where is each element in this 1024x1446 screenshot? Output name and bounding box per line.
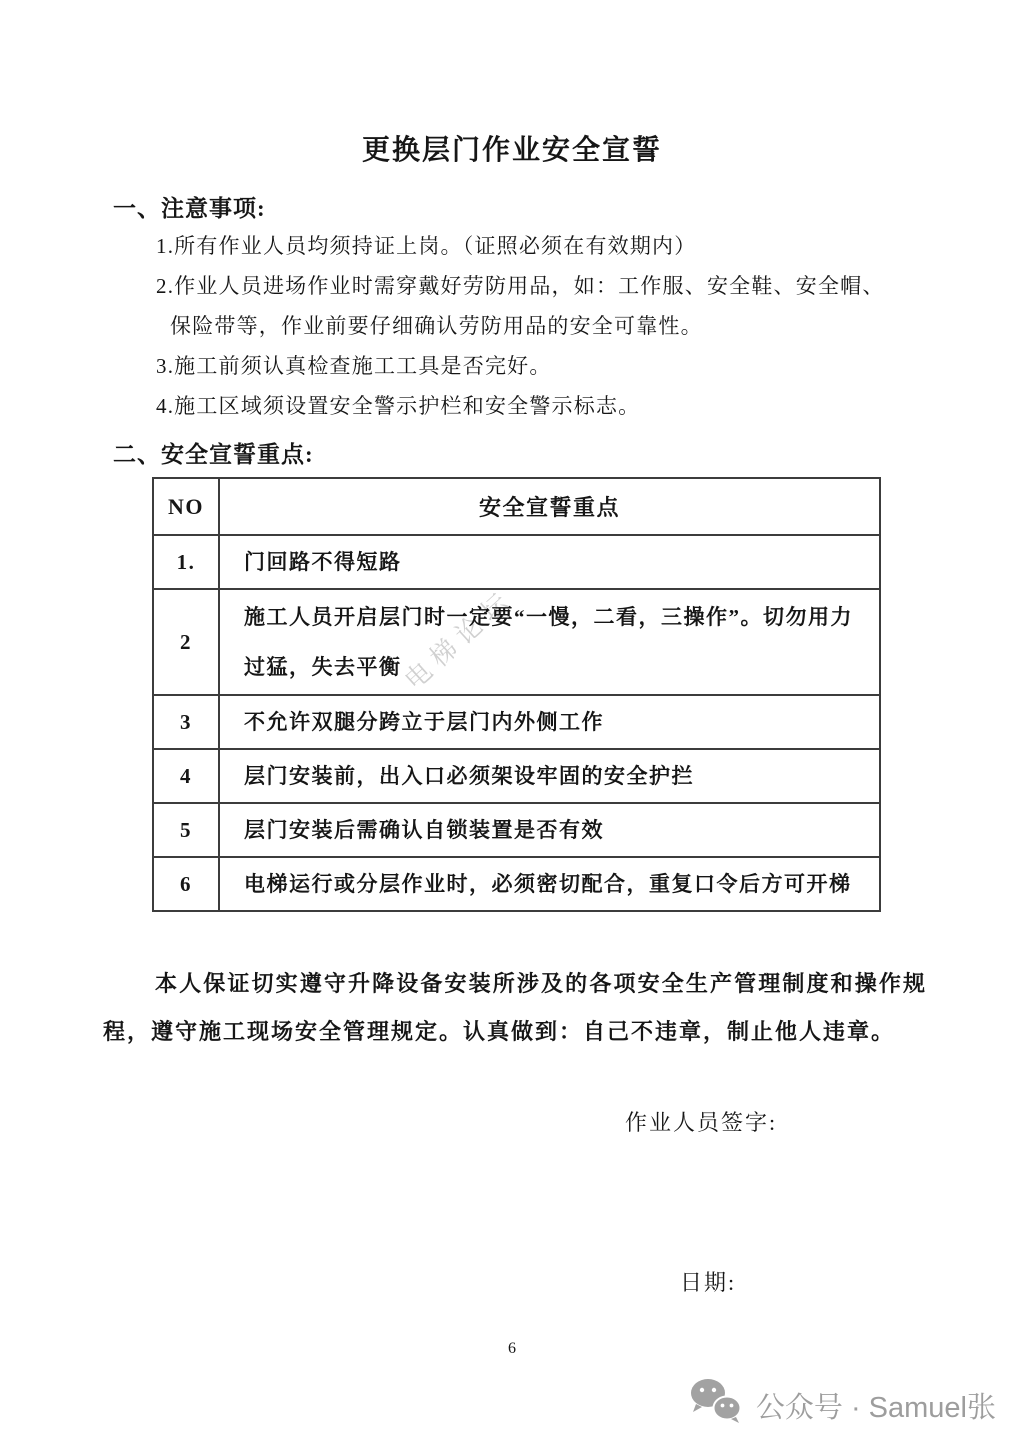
page-title: 更换层门作业安全宣誓 (0, 128, 1024, 168)
date-label: 日期: (680, 1266, 736, 1297)
row-text: 层门安装前，出入口必须架设牢固的安全护拦 (219, 749, 880, 803)
table-row: 4 层门安装前，出入口必须架设牢固的安全护拦 (153, 749, 880, 803)
row-number: 2 (153, 589, 219, 695)
notes-item-4: 4.施工区域须设置安全警示护栏和安全警示标志。 (156, 386, 946, 426)
document-page: 更换层门作业安全宣誓 一、注意事项: 1.所有作业人员均须持证上岗。（证照必须在… (0, 0, 1024, 1446)
footer-brand-text: 公众号 · Samuel张 (756, 1385, 996, 1426)
section-heading-pledge: 二、安全宣誓重点: (113, 436, 314, 469)
notes-item-2: 2.作业人员进场作业时需穿戴好劳防用品，如：工作服、安全鞋、安全帽、 (156, 266, 946, 306)
wechat-icon (690, 1378, 742, 1432)
row-number: 6 (153, 857, 219, 911)
section-heading-notes: 一、注意事项: (113, 190, 266, 223)
table-header-key-points: 安全宣誓重点 (219, 478, 880, 535)
table-row: 1. 门回路不得短路 (153, 535, 880, 589)
notes-item-2-continued: 保险带等，作业前要仔细确认劳防用品的安全可靠性。 (156, 306, 946, 346)
table-row: 6 电梯运行或分层作业时，必须密切配合，重复口令后方可开梯 (153, 857, 880, 911)
table-row: 2 施工人员开启层门时一定要“一慢，二看，三操作”。切勿用力过猛，失去平衡 (153, 589, 880, 695)
row-text: 不允许双腿分跨立于层门内外侧工作 (219, 695, 880, 749)
row-number: 5 (153, 803, 219, 857)
notes-item-1: 1.所有作业人员均须持证上岗。（证照必须在有效期内） (156, 226, 946, 266)
row-text: 层门安装后需确认自锁装置是否有效 (219, 803, 880, 857)
notes-list: 1.所有作业人员均须持证上岗。（证照必须在有效期内） 2.作业人员进场作业时需穿… (156, 226, 946, 426)
row-text: 施工人员开启层门时一定要“一慢，二看，三操作”。切勿用力过猛，失去平衡 (219, 589, 880, 695)
signature-label: 作业人员签字: (625, 1106, 777, 1137)
table-row: 3 不允许双腿分跨立于层门内外侧工作 (153, 695, 880, 749)
table-header-row: NO 安全宣誓重点 (153, 478, 880, 535)
row-text: 门回路不得短路 (219, 535, 880, 589)
footer-brand: 公众号 · Samuel张 (690, 1378, 996, 1432)
table-header-no: NO (153, 478, 219, 535)
row-number: 4 (153, 749, 219, 803)
page-number: 6 (0, 1340, 1024, 1358)
declaration-paragraph: 本人保证切实遵守升降设备安装所涉及的各项安全生产管理制度和操作规程，遵守施工现场… (103, 960, 927, 1056)
table-row: 5 层门安装后需确认自锁装置是否有效 (153, 803, 880, 857)
pledge-table: NO 安全宣誓重点 1. 门回路不得短路 2 施工人员开启层门时一定要“一慢，二… (152, 477, 881, 912)
row-text: 电梯运行或分层作业时，必须密切配合，重复口令后方可开梯 (219, 857, 880, 911)
row-number: 1. (153, 535, 219, 589)
notes-item-3: 3.施工前须认真检查施工工具是否完好。 (156, 346, 946, 386)
row-number: 3 (153, 695, 219, 749)
